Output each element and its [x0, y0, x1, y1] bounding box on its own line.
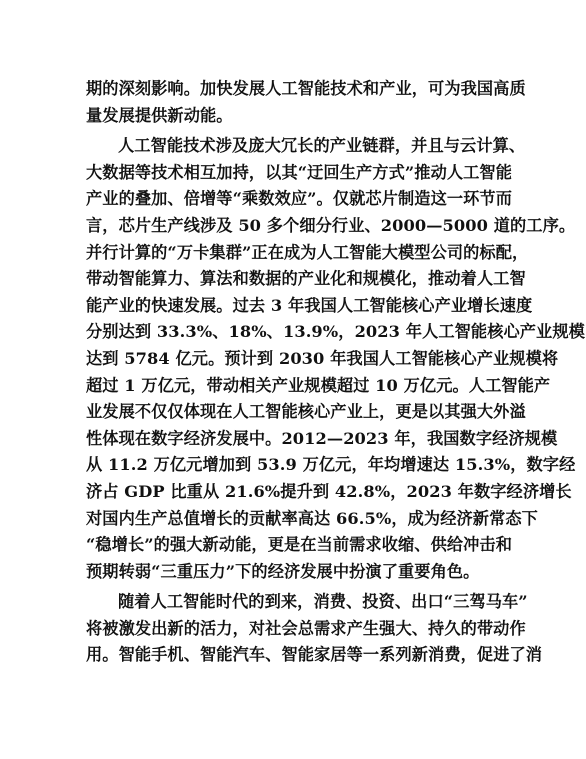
text-line: 期的深刻影响。加快发展人工智能技术和产业，可为我国高质 — [86, 76, 498, 103]
text-line: 人工智能技术涉及庞大冗长的产业链群，并且与云计算、 — [86, 133, 498, 160]
text-line: 带动智能算力、算法和数据的产业化和规模化，推动着人工智 — [86, 266, 498, 293]
text-line: 达到 5784 亿元。预计到 2030 年我国人工智能核心产业规模将 — [86, 346, 498, 373]
text-line: 大数据等技术相互加持，以其“迂回生产方式”推动人工智能 — [86, 160, 498, 187]
text-line: 产业的叠加、倍增等“乘数效应”。仅就芯片制造这一环节而 — [86, 186, 498, 213]
text-line: 随着人工智能时代的到来，消费、投资、出口“三驾马车” — [86, 589, 498, 616]
text-line: 性体现在数字经济发展中。2012—2023 年，我国数字经济规模 — [86, 426, 498, 453]
text-line: 分别达到 33.3%、18%、13.9%，2023 年人工智能核心产业规模 — [86, 319, 498, 346]
text-line: 预期转弱“三重压力”下的经济发展中扮演了重要角色。 — [86, 559, 498, 586]
text-line: “稳增长”的强大新动能，更是在当前需求收缩、供给冲击和 — [86, 532, 498, 559]
text-line: 将被激发出新的活力，对社会总需求产生强大、持久的带动作 — [86, 616, 498, 643]
text-line: 业发展不仅仅体现在人工智能核心产业上，更是以其强大外溢 — [86, 399, 498, 426]
text-line: 对国内生产总值增长的贡献率高达 66.5%，成为经济新常态下 — [86, 506, 498, 533]
document-page: 期的深刻影响。加快发展人工智能技术和产业，可为我国高质 量发展提供新动能。 人工… — [86, 76, 498, 669]
paragraph-3: 随着人工智能时代的到来，消费、投资、出口“三驾马车” 将被激发出新的活力，对社会… — [86, 589, 498, 669]
text-line: 超过 1 万亿元，带动相关产业规模超过 10 万亿元。人工智能产 — [86, 373, 498, 400]
text-line: 从 11.2 万亿元增加到 53.9 万亿元，年均增速达 15.3%，数字经 — [86, 452, 498, 479]
text-line: 用。智能手机、智能汽车、智能家居等一系列新消费，促进了消 — [86, 642, 498, 669]
paragraph-2: 人工智能技术涉及庞大冗长的产业链群，并且与云计算、 大数据等技术相互加持，以其“… — [86, 133, 498, 585]
text-line: 量发展提供新动能。 — [86, 103, 498, 130]
text-line: 言，芯片生产线涉及 50 多个细分行业、2000—5000 道的工序。 — [86, 213, 498, 240]
text-line: 能产业的快速发展。过去 3 年我国人工智能核心产业增长速度 — [86, 293, 498, 320]
text-line: 济占 GDP 比重从 21.6%提升到 42.8%，2023 年数字经济增长 — [86, 479, 498, 506]
text-line: 并行计算的“万卡集群”正在成为人工智能大模型公司的标配， — [86, 240, 498, 267]
paragraph-1: 期的深刻影响。加快发展人工智能技术和产业，可为我国高质 量发展提供新动能。 — [86, 76, 498, 129]
